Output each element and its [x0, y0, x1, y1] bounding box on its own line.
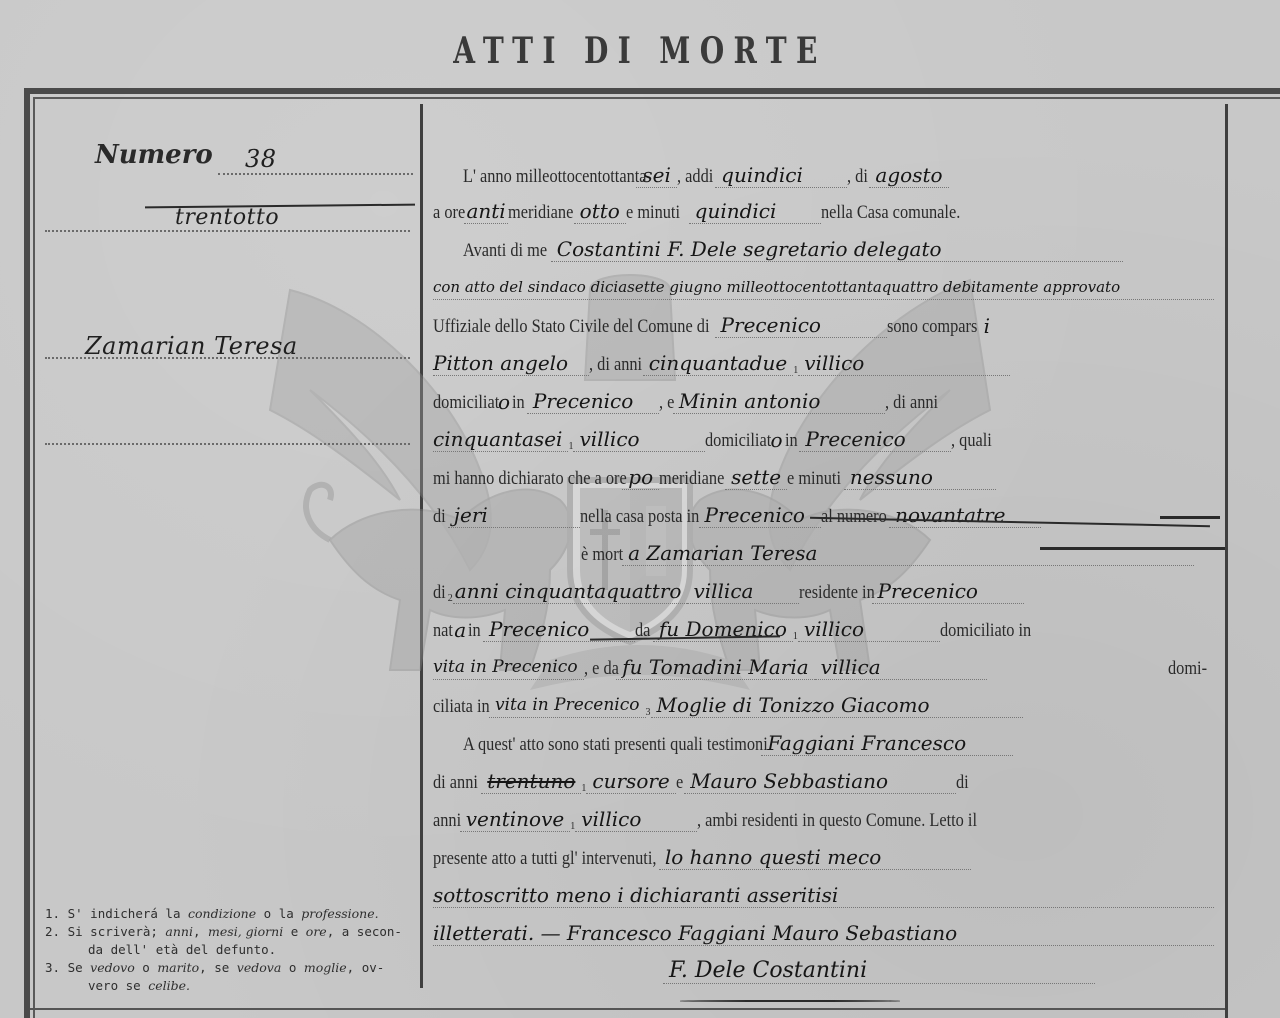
footnote-1: 1. S' indicherá la condizione o la profe… [45, 905, 405, 923]
record-line-16: A quest' atto sono stati presenti quali … [433, 718, 1243, 756]
record-line-1: L' anno milleottocentottanta sei , addi … [433, 150, 1243, 188]
name-dotted-line-1 [45, 357, 410, 359]
footnote-3: 3. Se vedovo o marito, se vedova o mogli… [45, 959, 405, 977]
numero-label: Numero [95, 140, 213, 170]
footnotes: 1. S' indicherá la condizione o la profe… [45, 905, 405, 995]
numero-words-dotted-line [45, 230, 410, 232]
record-line-17: di anni trentuno1 cursore e Mauro Sebbas… [433, 756, 1213, 794]
deceased-name-margin: Zamarian Teresa [85, 332, 298, 360]
record-line-9: mi hanno dichiarato che a ore po meridia… [433, 452, 1213, 490]
record-line-19: presente atto a tutti gl' intervenuti, l… [433, 832, 1213, 870]
record-line-20: sottoscritto meno i dichiaranti asseriti… [433, 870, 1213, 908]
record-line-6: Pitton angelo , di anni cinquantadue1 vi… [433, 338, 1213, 376]
record-line-22-signature: F. Dele Costantini [433, 946, 1280, 984]
record-line-3: Avanti di me Costantini F. Dele segretar… [433, 224, 1243, 262]
name-dotted-line-2 [45, 443, 410, 445]
numero-value: 38 [245, 145, 277, 173]
footnote-3-cont: vero se celibe. [45, 977, 405, 995]
footnote-2: 2. Si scriverà; anni, mesi, giorni e ore… [45, 923, 405, 941]
frame-border-left [24, 88, 30, 1018]
numero-dotted-line [218, 173, 413, 175]
record-line-2: a ore anti meridiane otto e minuti quind… [433, 186, 1213, 224]
flourish-line-1 [1160, 516, 1220, 519]
footnote-2-cont: da dell' età del defunto. [45, 941, 405, 959]
frame-border-top-inner [33, 97, 1280, 99]
record-line-21: illetterati. — Francesco Faggiani Mauro … [433, 908, 1213, 946]
column-divider [420, 104, 423, 988]
page-title: ATTI DI MORTE [141, 30, 1139, 72]
frame-border-top [24, 88, 1280, 94]
record-line-7: domiciliat o in Precenico , e Minin anto… [433, 376, 1213, 414]
flourish-line-2 [1040, 547, 1225, 550]
record-line-4: con atto del sindaco diciasette giugno m… [433, 262, 1213, 300]
numero-words: trentotto [175, 205, 279, 230]
signature-flourish [680, 1000, 900, 1002]
record-line-12: di2 anni cinquantaquattro villica reside… [433, 566, 1213, 604]
record-line-5: Uffiziale dello Stato Civile del Comune … [433, 300, 1213, 338]
frame-border-bottom [30, 1008, 1225, 1010]
record-line-13: nat a in Precenico da fu Domenico1 villi… [433, 604, 1213, 642]
record-line-18: anni ventinove1 villico , ambi residenti… [433, 794, 1213, 832]
frame-border-left-inner [33, 97, 35, 1018]
record-line-14: vita in Precenico , e da fu Tomadini Mar… [433, 642, 1213, 680]
record-line-15: ciliata in vita in Precenico3 Moglie di … [433, 680, 1213, 718]
record-line-8: cinquantasei1 villico domiciliat o in Pr… [433, 414, 1213, 452]
